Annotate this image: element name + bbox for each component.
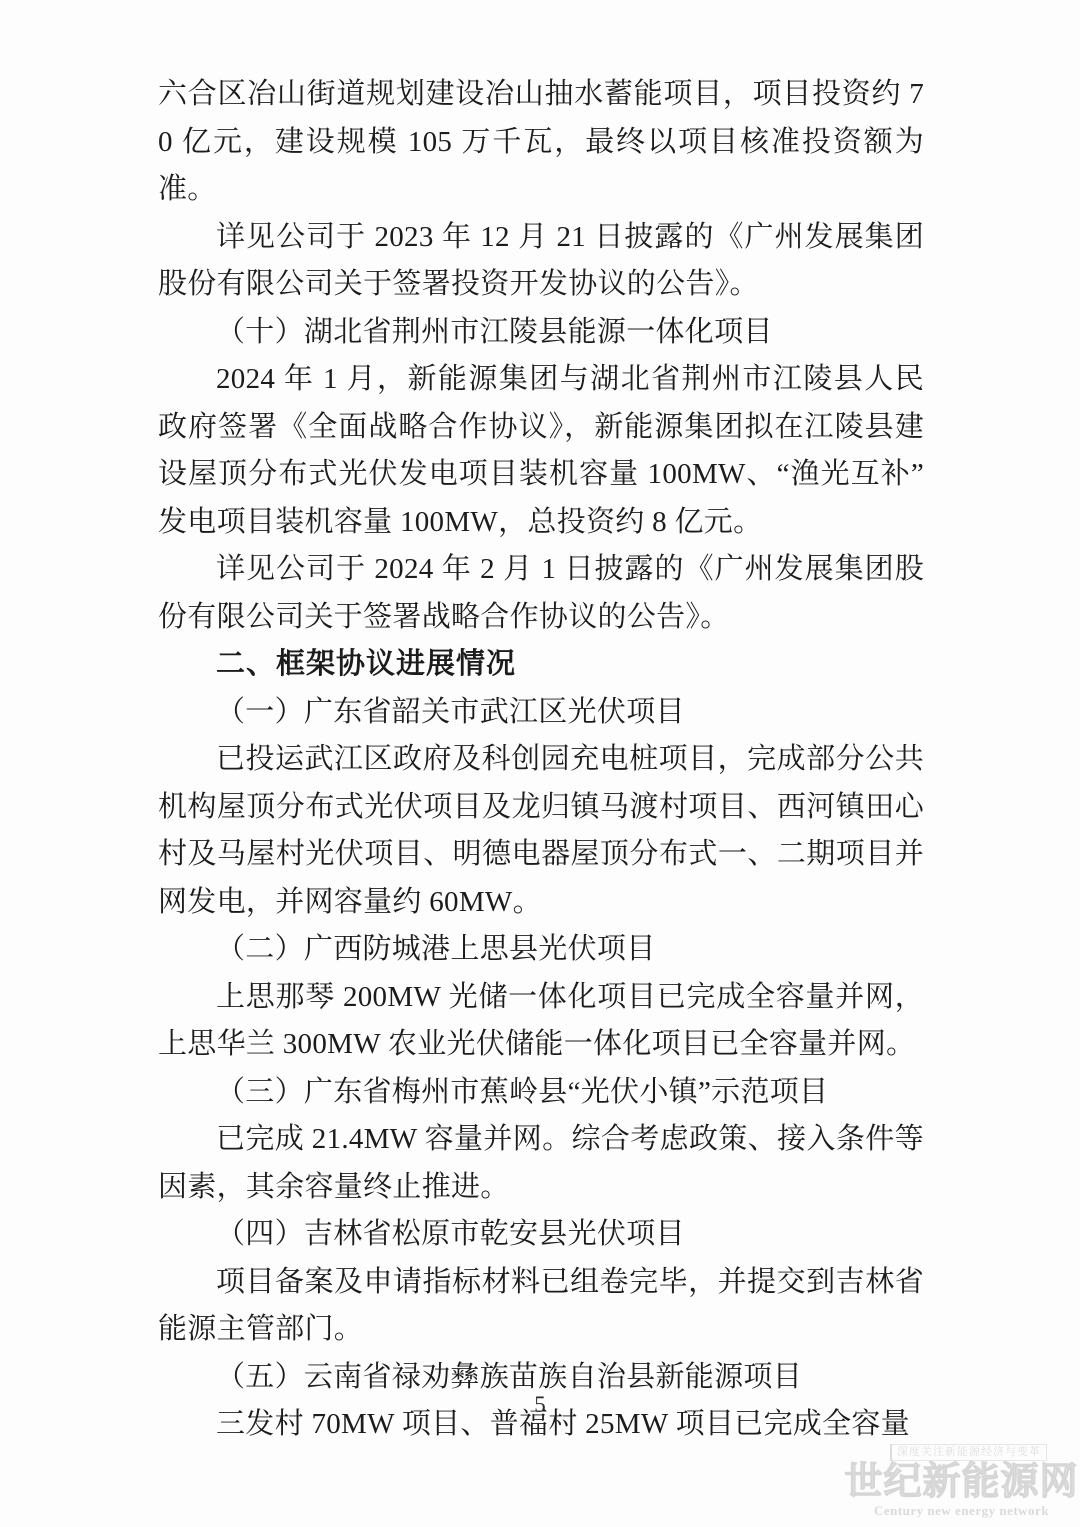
section-item-10-title: （十）湖北省荆州市江陵县能源一体化项目 [158, 309, 924, 357]
document-page: 六合区冶山街道规划建设冶山抽水蓄能项目，项目投资约 70 亿元，建设规模 105… [0, 0, 1080, 1527]
section-item-2-title: （二）广西防城港上思县光伏项目 [158, 926, 924, 974]
watermark: 深度关注新能源经济与变革 世纪新能源网 Century new energy n… [843, 1442, 1080, 1518]
watermark-site-name-english: Century new energy network [843, 1503, 1080, 1518]
paragraph-disclosure-2024: 详见公司于 2024 年 2 月 1 日披露的《广州发展集团股份有限公司关于签署… [158, 546, 924, 641]
paragraph-shaoguan-progress: 已投运武江区政府及科创园充电桩项目，完成部分公共机构屋顶分布式光伏项目及龙归镇马… [158, 736, 924, 926]
watermark-site-name: 世纪新能源网 [843, 1461, 1080, 1503]
paragraph-shangsi-progress: 上思那琴 200MW 光储一体化项目已完成全容量并网，上思华兰 300MW 农业… [158, 974, 924, 1069]
paragraph-jiaoling-progress: 已完成 21.4MW 容量并网。综合考虑政策、接入条件等因素，其余容量终止推进。 [158, 1116, 924, 1211]
section-item-4-title: （四）吉林省松原市乾安县光伏项目 [158, 1211, 924, 1259]
watermark-slogan-badge: 深度关注新能源经济与变革 [843, 1442, 1080, 1461]
document-body: 六合区冶山街道规划建设冶山抽水蓄能项目，项目投资约 70 亿元，建设规模 105… [158, 71, 924, 1449]
section-item-1-title: （一）广东省韶关市武江区光伏项目 [158, 689, 924, 737]
section-item-3-title: （三）广东省梅州市蕉岭县“光伏小镇”示范项目 [158, 1069, 924, 1117]
paragraph-qianan-progress: 项目备案及申请指标材料已组卷完毕，并提交到吉林省能源主管部门。 [158, 1259, 924, 1354]
paragraph-disclosure-2023: 详见公司于 2023 年 12 月 21 日披露的《广州发展集团股份有限公司关于… [158, 214, 924, 309]
section-heading-framework-progress: 二、框架协议进展情况 [158, 641, 924, 689]
page-number: 5 [0, 1392, 1080, 1418]
watermark-slogan-text: 深度关注新能源经济与变革 [890, 1444, 1047, 1461]
paragraph-jiangling-project: 2024 年 1 月，新能源集团与湖北省荆州市江陵县人民政府签署《全面战略合作协… [158, 356, 924, 546]
paragraph-continuation: 六合区冶山街道规划建设冶山抽水蓄能项目，项目投资约 70 亿元，建设规模 105… [158, 71, 924, 214]
